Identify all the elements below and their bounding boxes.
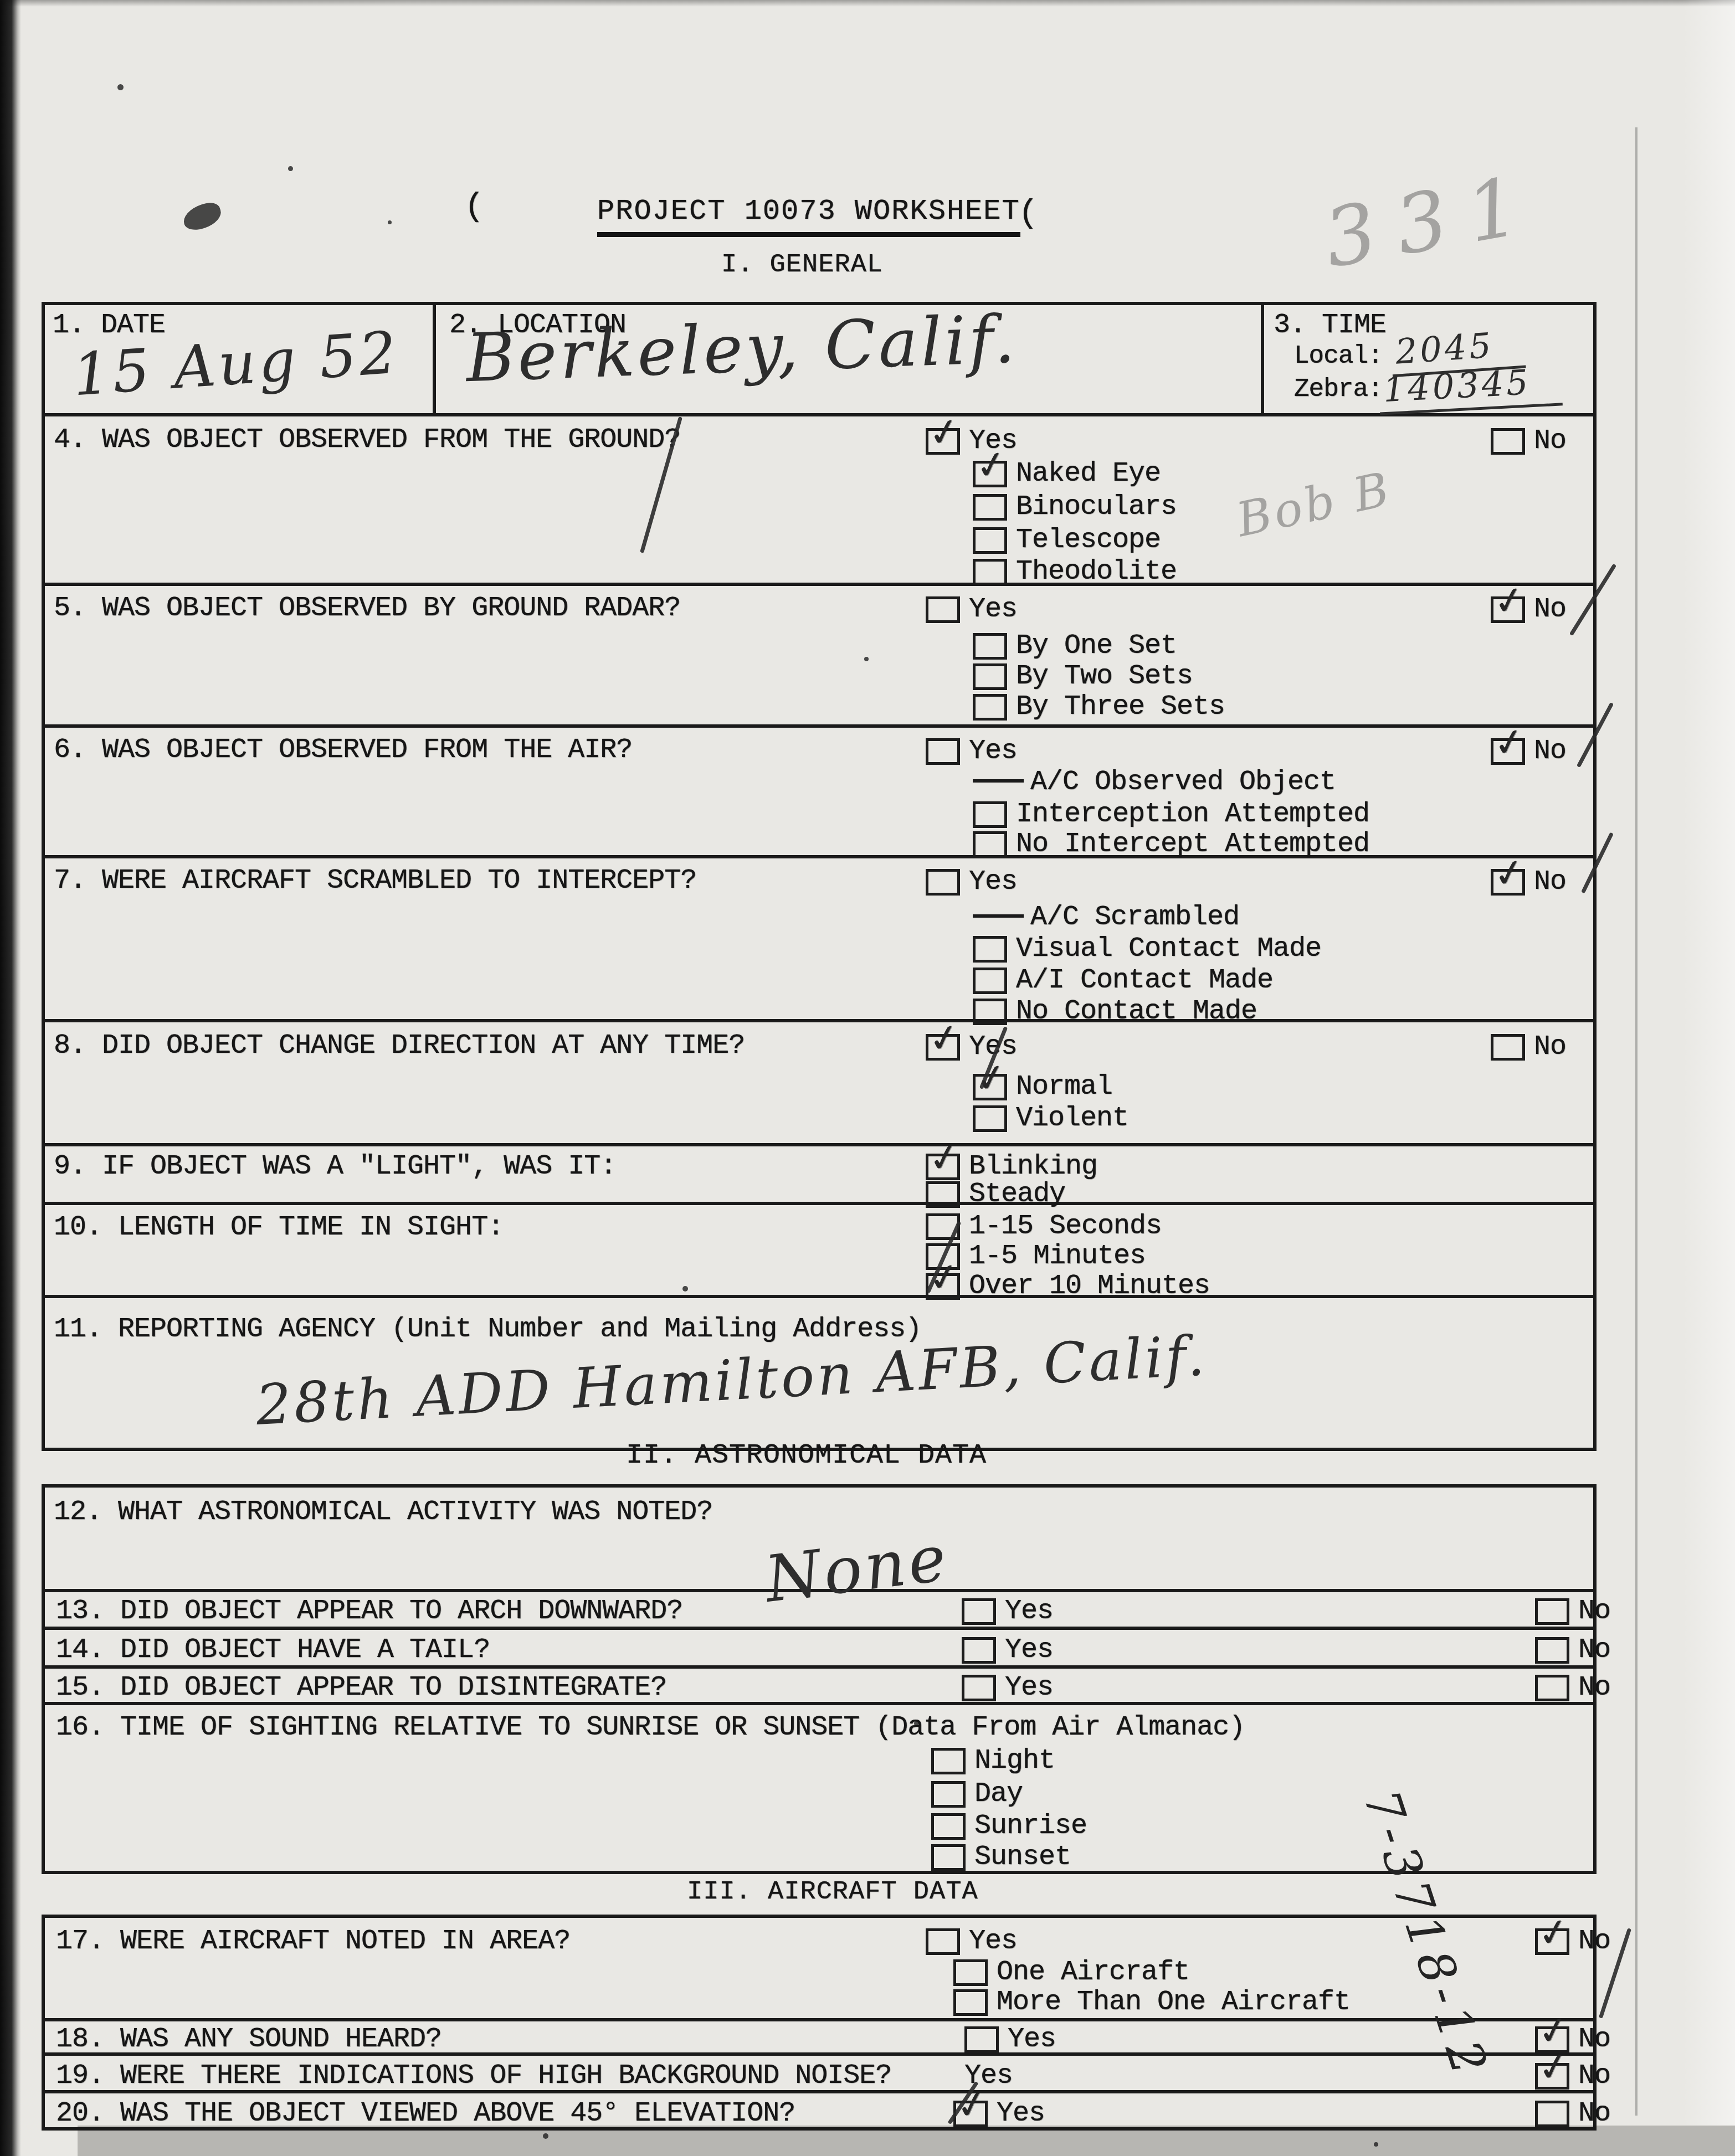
time-local-label: Local: [1294,342,1383,371]
q20-yes[interactable]: ✓Yes [953,2098,1045,2129]
option-label: Theodolite [1016,556,1177,588]
speck [543,2133,548,2139]
q10-option-1-15-seconds[interactable]: ✓1-15 Seconds [926,1211,1162,1242]
option-label: A/I Contact Made [1016,965,1273,996]
q7-no-checkbox[interactable]: ✓ [1491,869,1525,896]
corner-annotation: 331 [1317,156,1547,286]
paren-right: ( [1018,195,1039,233]
q6-option-no-intercept[interactable]: ✓No Intercept Attempted [973,829,1369,860]
q4-telescope-checkbox[interactable]: ✓ [973,527,1007,554]
q8-option-normal[interactable]: ✓Normal [973,1071,1112,1103]
checkmark: ✓ [926,1017,963,1060]
general-form: 1. DATE 15 Aug 52 2. LOCATION Berkeley, … [42,302,1597,1451]
question-row-20: 20. WAS THE OBJECT VIEWED ABOVE 45° ELEV… [45,2093,1593,2127]
q7-no-contact-checkbox[interactable]: ✓ [973,999,1007,1025]
yes-label: Yes [969,594,1017,625]
q14-no[interactable]: ✓No [1535,1634,1610,1666]
page-title: PROJECT 10073 WORKSHEET [597,195,1020,237]
q4-naked-eye-checkbox[interactable]: ✓ [973,461,1007,487]
question-20-text: 20. WAS THE OBJECT VIEWED ABOVE 45° ELEV… [56,2098,795,2129]
q17-yes-checkbox[interactable]: ✓ [926,1928,960,1955]
option-label: By Two Sets [1016,661,1193,692]
scan-left-edge [0,0,21,2156]
checkmark: ✓ [973,444,1010,487]
q4-option-naked-eye[interactable]: ✓Naked Eye [973,458,1161,490]
q4-theodolite-checkbox[interactable]: ✓ [973,559,1007,585]
question-row-11: 11. REPORTING AGENCY (Unit Number and Ma… [45,1298,1593,1448]
question-14-text: 14. DID OBJECT HAVE A TAIL? [56,1634,490,1666]
blank-line [973,779,1024,783]
paren-left: ( [464,188,485,226]
option-label: Day [974,1778,1023,1810]
q6-no-checkbox[interactable]: ✓ [1491,738,1525,765]
q7-option-visual-contact[interactable]: ✓Visual Contact Made [973,933,1321,965]
question-12-text: 12. WHAT ASTRONOMICAL ACTIVITY WAS NOTED… [54,1496,712,1528]
question-row-4: 4. WAS OBJECT OBSERVED FROM THE GROUND? … [45,416,1593,586]
yes-label: Yes [1005,1596,1053,1627]
no-label: No [1534,425,1566,457]
blank-line [973,914,1024,918]
option-label: A/C Scrambled [1030,902,1239,933]
option-label: One Aircraft [997,1957,1189,1988]
option-label: By Three Sets [1016,691,1225,723]
section-aircraft-heading: III. AIRCRAFT DATA [687,1877,978,1907]
q5-yes[interactable]: ✓Yes [926,594,1017,625]
q17-no[interactable]: ✓No [1535,1926,1610,1957]
question-10-text: 10. LENGTH OF TIME IN SIGHT: [54,1212,504,1243]
question-row-19: 19. WERE THERE INDICATIONS OF HIGH BACKG… [45,2056,1593,2093]
question-row-7: 7. WERE AIRCRAFT SCRAMBLED TO INTERCEPT?… [45,858,1593,1022]
q6-yes-checkbox[interactable]: ✓ [926,738,960,765]
q17-option-one-aircraft[interactable]: ✓One Aircraft [953,1957,1189,1988]
no-label: No [1578,1926,1610,1957]
q13-yes-checkbox[interactable]: ✓ [962,1598,996,1625]
yes-label: Yes [1005,1672,1053,1704]
question-11-text: 11. REPORTING AGENCY (Unit Number and Ma… [54,1314,921,1345]
option-label: A/C Observed Object [1030,766,1336,798]
question-row-5: 5. WAS OBJECT OBSERVED BY GROUND RADAR? … [45,586,1593,728]
option-label: Normal [1016,1071,1112,1103]
question-row-12: 12. WHAT ASTRONOMICAL ACTIVITY WAS NOTED… [45,1488,1593,1592]
q19-no-checkbox[interactable]: ✓ [1535,2063,1569,2090]
q5-three-sets-checkbox[interactable]: ✓ [973,694,1007,721]
q17-no-checkbox[interactable]: ✓ [1535,1928,1569,1955]
q20-yes-checkbox[interactable]: ✓ [953,2101,988,2127]
q16-sunset-checkbox[interactable]: ✓ [931,1844,966,1871]
aircraft-form: 17. WERE AIRCRAFT NOTED IN AREA? ✓Yes ✓N… [42,1915,1597,2131]
q5-option-three-sets[interactable]: ✓By Three Sets [973,691,1225,723]
no-label: No [1578,2060,1610,2092]
yes-label: Yes [1005,1634,1053,1666]
time-zebra-value[interactable]: 140345 [1378,360,1563,415]
q16-option-sunset[interactable]: ✓Sunset [931,1841,1071,1873]
question-7-text: 7. WERE AIRCRAFT SCRAMBLED TO INTERCEPT? [54,865,696,897]
q20-no[interactable]: ✓No [1535,2098,1610,2129]
question-18-text: 18. WAS ANY SOUND HEARD? [56,2024,442,2055]
q7-option-ai-contact[interactable]: ✓A/I Contact Made [973,965,1273,996]
q4-yes-checkbox[interactable]: ✓ [926,428,960,455]
q16-option-day[interactable]: ✓Day [931,1778,1023,1810]
yes-label: Yes [969,866,1017,898]
q6-no-intercept-checkbox[interactable]: ✓ [973,831,1007,858]
question-16-text: 16. TIME OF SIGHTING RELATIVE TO SUNRISE… [56,1712,1245,1743]
q14-no-checkbox[interactable]: ✓ [1535,1637,1569,1664]
option-label: Blinking [969,1151,1097,1182]
question-row-8: 8. DID OBJECT CHANGE DIRECTION AT ANY TI… [45,1022,1593,1146]
section-astro-heading: II. ASTRONOMICAL DATA [626,1440,987,1471]
q17-one-aircraft-checkbox[interactable]: ✓ [953,1959,988,1986]
q15-no[interactable]: ✓No [1535,1672,1610,1704]
checkmark: ✓ [1491,722,1528,764]
q15-no-checkbox[interactable]: ✓ [1535,1675,1569,1701]
speck [388,220,392,224]
question-row-17: 17. WERE AIRCRAFT NOTED IN AREA? ✓Yes ✓N… [45,1918,1593,2021]
ink-smudge [180,199,224,234]
q16-night-checkbox[interactable]: ✓ [931,1748,966,1774]
no-label: No [1578,1672,1610,1704]
q7-visual-contact-checkbox[interactable]: ✓ [973,936,1007,963]
header-row: 1. DATE 15 Aug 52 2. LOCATION Berkeley, … [45,305,1593,416]
question-row-15: 15. DID OBJECT APPEAR TO DISINTEGRATE? ✓… [45,1669,1593,1705]
question-19-text: 19. WERE THERE INDICATIONS OF HIGH BACKG… [56,2060,891,2092]
option-label: Visual Contact Made [1016,933,1321,965]
checkmark: ✓ [926,411,963,454]
question-17-text: 17. WERE AIRCRAFT NOTED IN AREA? [56,1926,570,1957]
q7-no[interactable]: ✓No [1491,866,1566,898]
q17-option-more-than-one[interactable]: ✓More Than One Aircraft [953,1987,1350,2018]
q4-no-checkbox[interactable]: ✓ [1491,428,1525,455]
q8-yes-checkbox[interactable]: ✓ [926,1034,960,1061]
question-9-text: 9. IF OBJECT WAS A "LIGHT", WAS IT: [54,1151,616,1182]
option-label: Telescope [1016,524,1161,556]
q9-blinking-checkbox[interactable]: ✓ [926,1154,960,1180]
q6-option-ac-observed[interactable]: A/C Observed Object [973,766,1336,798]
question-8-text: 8. DID OBJECT CHANGE DIRECTION AT ANY TI… [54,1030,745,1062]
question-row-9: 9. IF OBJECT WAS A "LIGHT", WAS IT: ✓Bli… [45,1146,1593,1205]
option-label: Interception Attempted [1016,799,1369,830]
checkmark: ✓ [1491,580,1528,622]
q5-two-sets-checkbox[interactable]: ✓ [973,663,1007,690]
q8-no-checkbox[interactable]: ✓ [1491,1034,1525,1061]
option-label: By One Set [1016,630,1177,662]
q9-option-blinking[interactable]: ✓Blinking [926,1151,1097,1182]
no-label: No [1534,594,1566,625]
q4-no[interactable]: ✓No [1491,425,1566,457]
question-row-16: 16. TIME OF SIGHTING RELATIVE TO SUNRISE… [45,1705,1593,1871]
yes-label: Yes [969,1926,1017,1957]
q6-interception-checkbox[interactable]: ✓ [973,801,1007,828]
q20-no-checkbox[interactable]: ✓ [1535,2101,1569,2127]
q6-no[interactable]: ✓No [1491,735,1566,767]
q4-option-binoculars[interactable]: ✓Binoculars [973,491,1177,523]
time-zebra-label: Zebra: [1294,375,1383,404]
checkmark: ✓ [926,1137,963,1180]
question-6-text: 6. WAS OBJECT OBSERVED FROM THE AIR? [54,734,632,766]
yes-label: Yes [969,735,1017,767]
q15-yes[interactable]: ✓Yes [962,1672,1053,1704]
q5-no-checkbox[interactable]: ✓ [1491,596,1525,623]
section-general-heading: I. GENERAL [721,250,883,280]
speck [288,166,293,171]
q5-no[interactable]: ✓No [1491,594,1566,625]
q13-yes[interactable]: ✓Yes [962,1596,1053,1627]
q9-steady-checkbox[interactable]: ✓ [926,1181,960,1208]
checkmark: ✓ [1535,2046,1573,2089]
question-5-text: 5. WAS OBJECT OBSERVED BY GROUND RADAR? [54,593,680,624]
q13-no-checkbox[interactable]: ✓ [1535,1598,1569,1625]
option-label: Sunset [974,1841,1071,1873]
q7-option-ac-scrambled[interactable]: A/C Scrambled [973,902,1239,933]
q19-no[interactable]: ✓No [1535,2060,1610,2092]
option-label: Violent [1016,1103,1128,1134]
q17-more-than-one-checkbox[interactable]: ✓ [953,1989,988,2016]
q8-option-violent[interactable]: ✓Violent [973,1103,1128,1134]
option-label: Binoculars [1016,491,1177,523]
q7-yes-checkbox[interactable]: ✓ [926,869,960,896]
scan-crease-line [1635,127,1638,2116]
checkmark: ✓ [926,1257,963,1299]
question-15-text: 15. DID OBJECT APPEAR TO DISINTEGRATE? [56,1672,666,1704]
pencil-annotation: Bob B [1232,462,1397,548]
q18-yes[interactable]: ✓Yes [964,2024,1056,2055]
option-label: No Intercept Attempted [1016,829,1369,860]
no-label: No [1534,1031,1566,1063]
q4-option-telescope[interactable]: ✓Telescope [973,524,1161,556]
q14-yes-checkbox[interactable]: ✓ [962,1637,996,1664]
no-label: No [1534,735,1566,767]
option-label: 1-15 Seconds [969,1211,1162,1242]
scan-right-light-edge [1682,0,1735,2156]
option-label: Over 10 Minutes [969,1270,1210,1302]
q7-yes[interactable]: ✓Yes [926,866,1017,898]
checkmark: ✓ [1491,852,1528,895]
yes-label: Yes [1008,2024,1056,2055]
no-label: No [1578,1596,1610,1627]
q7-ai-contact-checkbox[interactable]: ✓ [973,968,1007,994]
q5-option-one-set[interactable]: ✓By One Set [973,630,1177,662]
q10-option-1-5-minutes[interactable]: ✓1-5 Minutes [926,1241,1146,1272]
q16-option-sunrise[interactable]: ✓Sunrise [931,1810,1087,1842]
option-label: Sunrise [974,1810,1087,1842]
option-label: Night [974,1745,1055,1777]
speck [117,84,124,90]
q6-yes[interactable]: ✓Yes [926,735,1017,767]
q16-option-night[interactable]: ✓Night [931,1745,1055,1777]
q8-normal-checkbox[interactable]: ✓ [973,1074,1007,1100]
q14-yes[interactable]: ✓Yes [962,1634,1053,1666]
option-label: 1-5 Minutes [969,1241,1146,1272]
checkmark: ✓ [1535,1912,1573,1954]
q5-one-set-checkbox[interactable]: ✓ [973,633,1007,660]
option-label: More Than One Aircraft [997,1987,1350,2018]
q4-binoculars-checkbox[interactable]: ✓ [973,494,1007,521]
speck [1374,2142,1378,2147]
q5-yes-checkbox[interactable]: ✓ [926,596,960,623]
no-label: No [1534,866,1566,898]
q10-option-over-10-minutes[interactable]: ✓Over 10 Minutes [926,1270,1210,1302]
q6-option-interception[interactable]: ✓Interception Attempted [973,799,1369,830]
cell-divider [433,305,436,413]
question-4-text: 4. WAS OBJECT OBSERVED FROM THE GROUND? [54,424,680,456]
q4-option-theodolite[interactable]: ✓Theodolite [973,556,1177,588]
question-row-14: 14. DID OBJECT HAVE A TAIL? ✓Yes ✓No [45,1630,1593,1669]
question-row-10: 10. LENGTH OF TIME IN SIGHT: ✓1-15 Secon… [45,1205,1593,1298]
time-label: 3. TIME [1274,310,1386,341]
q15-yes-checkbox[interactable]: ✓ [962,1675,996,1701]
yes-label: Yes [997,2098,1045,2129]
q17-yes[interactable]: ✓Yes [926,1926,1017,1957]
no-label: No [1578,1634,1610,1666]
q8-violent-checkbox[interactable]: ✓ [973,1105,1007,1132]
q5-option-two-sets[interactable]: ✓By Two Sets [973,661,1193,692]
q16-sunrise-checkbox[interactable]: ✓ [931,1813,966,1840]
scan-top-edge [0,0,1735,7]
question-13-text: 13. DID OBJECT APPEAR TO ARCH DOWNWARD? [56,1596,682,1627]
cell-divider [1261,305,1264,413]
question-row-18: 18. WAS ANY SOUND HEARD? ✓Yes ✓No [45,2021,1593,2056]
q18-yes-checkbox[interactable]: ✓ [964,2026,999,2053]
option-label: Naked Eye [1016,458,1161,490]
question-row-6: 6. WAS OBJECT OBSERVED FROM THE AIR? ✓Ye… [45,728,1593,858]
no-label: No [1578,2024,1610,2055]
q8-no[interactable]: ✓No [1491,1031,1566,1063]
no-label: No [1578,2098,1610,2129]
scanned-worksheet-page: ( PROJECT 10073 WORKSHEET ( 331 I. GENER… [0,0,1735,2156]
q16-day-checkbox[interactable]: ✓ [931,1781,966,1808]
q13-no[interactable]: ✓No [1535,1596,1610,1627]
